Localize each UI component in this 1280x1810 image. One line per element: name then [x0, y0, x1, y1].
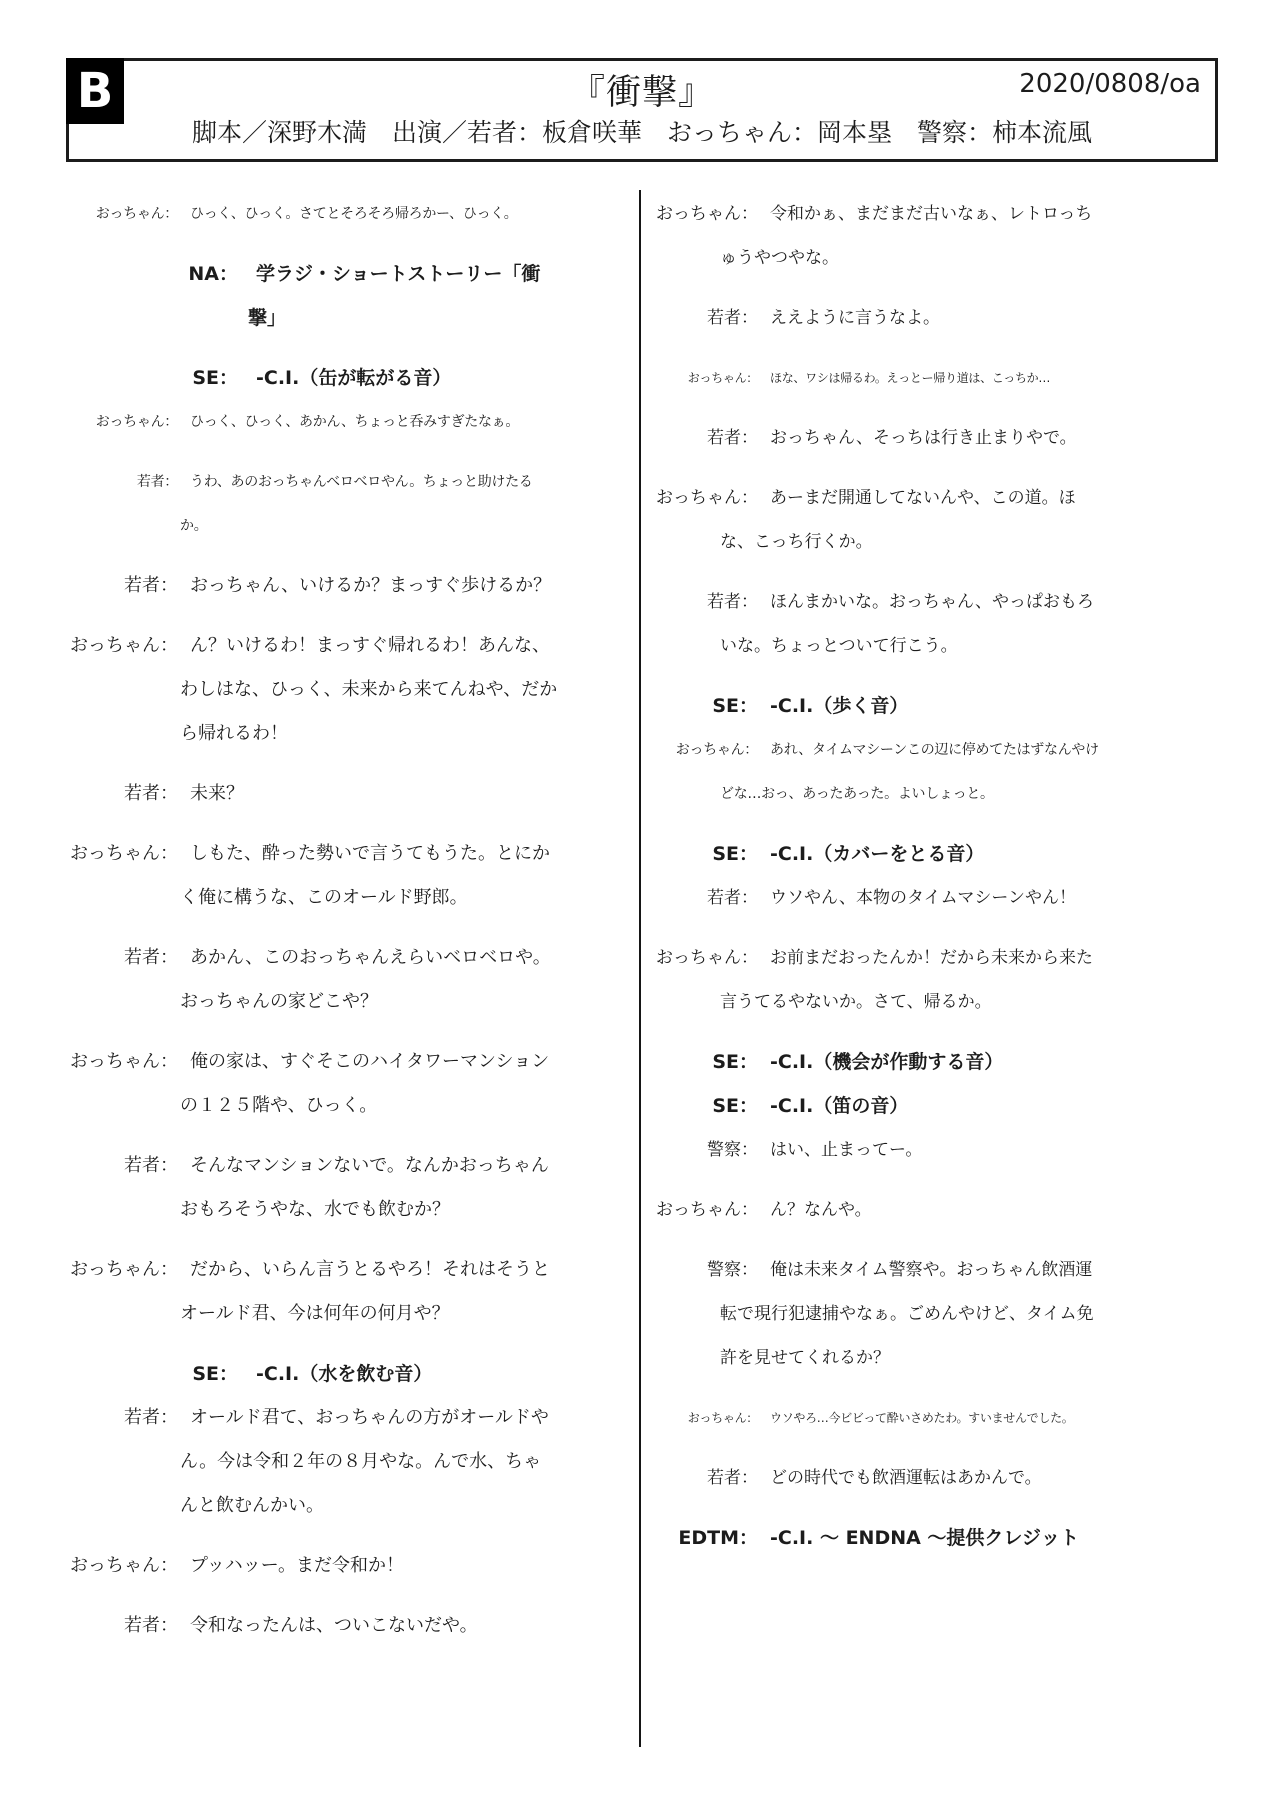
direction-row: NA：学ラジ・ショートストーリー「衝撃」 — [68, 252, 558, 340]
cue-text: ひっく、ひっく。さてとそろそろ帰ろかー、ひっく。 — [180, 192, 558, 236]
cue-text: -C.I.（笛の音） — [720, 1084, 1108, 1128]
dialogue-row: 若者：ほんまかいな。おっちゃん、やっぱおもろいな。ちょっとついて行こう。 — [648, 580, 1108, 668]
speaker-label: おっちゃん： — [68, 1040, 178, 1084]
direction-row: SE：-C.I.（カバーをとる音） — [648, 832, 1108, 876]
cue-text: 学ラジ・ショートストーリー「衝撃」 — [248, 252, 558, 340]
cue-text: はい、止まってー。 — [720, 1128, 1108, 1172]
dialogue-row: おっちゃん：しもた、酔った勢いで言うてもうた。とにかく俺に構うな、このオールド野… — [68, 832, 558, 920]
speaker-label: SE： — [648, 1040, 758, 1084]
direction-row: SE：-C.I.（機会が作動する音） — [648, 1040, 1108, 1084]
dialogue-row: 若者：未来？ — [68, 772, 558, 816]
speaker-label: EDTM： — [648, 1516, 758, 1560]
cue-text: あれ、タイムマシーンこの辺に停めてたはずなんやけどな…おっ、あったあった。よいし… — [720, 728, 1108, 816]
script-column-right: おっちゃん：令和かぁ、まだまだ古いなぁ、レトロっちゅうやつやな。若者：ええように… — [648, 176, 1108, 1560]
speaker-label: おっちゃん： — [648, 1188, 758, 1232]
speaker-label: 警察： — [648, 1248, 758, 1292]
cue-text: お前まだおったんか！だから未来から来た言うてるやないか。さて、帰るか。 — [720, 936, 1108, 1024]
cue-text: -C.I.（カバーをとる音） — [720, 832, 1108, 876]
credits-line: 脚本／深野木満 出演／若者：板倉咲華 おっちゃん：岡本塁 警察：柿本流風 — [69, 113, 1215, 149]
speaker-label: 若者： — [68, 564, 178, 608]
speaker-label: おっちゃん： — [648, 192, 758, 236]
cue-text: どの時代でも飲酒運転はあかんで。 — [720, 1456, 1108, 1500]
speaker-label: おっちゃん： — [68, 192, 178, 236]
direction-row: SE：-C.I.（笛の音） — [648, 1084, 1108, 1128]
dialogue-row: おっちゃん：俺の家は、すぐそこのハイタワーマンションの１２５階や、ひっく。 — [68, 1040, 558, 1128]
cue-text: そんなマンションないで。なんかおっちゃんおもろそうやな、水でも飲むか？ — [180, 1144, 558, 1232]
speaker-label: おっちゃん： — [648, 728, 758, 772]
dialogue-row: おっちゃん：あーまだ開通してないんや、この道。ほな、こっち行くか。 — [648, 476, 1108, 564]
dialogue-row: おっちゃん：だから、いらん言うとるやろ！それはそうとオールド君、今は何年の何月や… — [68, 1248, 558, 1336]
speaker-label: 若者： — [68, 460, 178, 504]
speaker-label: SE： — [648, 684, 758, 728]
speaker-label: SE： — [68, 1352, 238, 1396]
cue-text: しもた、酔った勢いで言うてもうた。とにかく俺に構うな、このオールド野郎。 — [180, 832, 558, 920]
direction-row: SE：-C.I.（水を飲む音） — [68, 1352, 558, 1396]
speaker-label: 若者： — [68, 1144, 178, 1188]
speaker-label: おっちゃん： — [648, 1396, 758, 1440]
dialogue-row: 若者：おっちゃん、いけるか？まっすぐ歩けるか？ — [68, 564, 558, 608]
speaker-label: おっちゃん： — [648, 936, 758, 980]
dialogue-row: 若者：ええように言うなよ。 — [648, 296, 1108, 340]
dialogue-row: おっちゃん：ウソやろ…今ビビって酔いさめたわ。すいませんでした。 — [648, 1396, 1108, 1440]
dialogue-row: 若者：うわ、あのおっちゃんベロベロやん。ちょっと助けたるか。 — [68, 460, 558, 548]
dialogue-row: 若者：どの時代でも飲酒運転はあかんで。 — [648, 1456, 1108, 1500]
speaker-label: SE： — [648, 832, 758, 876]
dialogue-row: おっちゃん：ひっく、ひっく、あかん、ちょっと呑みすぎたなぁ。 — [68, 400, 558, 444]
speaker-label: 若者： — [68, 1396, 178, 1440]
cue-text: 俺の家は、すぐそこのハイタワーマンションの１２５階や、ひっく。 — [180, 1040, 558, 1128]
cue-text: おっちゃん、いけるか？まっすぐ歩けるか？ — [180, 564, 558, 608]
speaker-label: おっちゃん： — [68, 1544, 178, 1588]
dialogue-row: おっちゃん：ん？いけるわ！まっすぐ帰れるわ！あんな、わしはな、ひっく、未来から来… — [68, 624, 558, 756]
speaker-label: 若者： — [648, 416, 758, 460]
dialogue-row: 若者：あかん、このおっちゃんえらいベロベロや。おっちゃんの家どこや？ — [68, 936, 558, 1024]
speaker-label: おっちゃん： — [68, 624, 178, 668]
cue-text: ウソやん、本物のタイムマシーンやん！ — [720, 876, 1108, 920]
cue-text: あかん、このおっちゃんえらいベロベロや。おっちゃんの家どこや？ — [180, 936, 558, 1024]
cue-text: -C.I.（機会が作動する音） — [720, 1040, 1108, 1084]
speaker-label: おっちゃん： — [68, 832, 178, 876]
dialogue-row: 警察：俺は未来タイム警察や。おっちゃん飲酒運転で現行犯逮捕やなぁ。ごめんやけど、… — [648, 1248, 1108, 1380]
dialogue-row: 警察：はい、止まってー。 — [648, 1128, 1108, 1172]
speaker-label: おっちゃん： — [648, 356, 758, 400]
cue-text: おっちゃん、そっちは行き止まりやで。 — [720, 416, 1108, 460]
header-box: B 『衝撃』 2020/0808/oa 脚本／深野木満 出演／若者：板倉咲華 お… — [66, 58, 1218, 162]
speaker-label: おっちゃん： — [648, 476, 758, 520]
cue-text: あーまだ開通してないんや、この道。ほな、こっち行くか。 — [720, 476, 1108, 564]
dialogue-row: おっちゃん：お前まだおったんか！だから未来から来た言うてるやないか。さて、帰るか… — [648, 936, 1108, 1024]
cue-text: 令和なったんは、ついこないだや。 — [180, 1604, 558, 1648]
speaker-label: SE： — [68, 356, 238, 400]
speaker-label: 警察： — [648, 1128, 758, 1172]
cue-text: だから、いらん言うとるやろ！それはそうとオールド君、今は何年の何月や？ — [180, 1248, 558, 1336]
cue-text: -C.I.（水を飲む音） — [248, 1352, 558, 1396]
direction-row: SE：-C.I.（缶が転がる音） — [68, 356, 558, 400]
cue-text: オールド君て、おっちゃんの方がオールドやん。今は令和２年の８月やな。んで水、ちゃ… — [180, 1396, 558, 1528]
cue-text: 俺は未来タイム警察や。おっちゃん飲酒運転で現行犯逮捕やなぁ。ごめんやけど、タイム… — [720, 1248, 1108, 1380]
dialogue-row: 若者：ウソやん、本物のタイムマシーンやん！ — [648, 876, 1108, 920]
dialogue-row: おっちゃん：プッハッー。まだ令和か！ — [68, 1544, 558, 1588]
dialogue-row: 若者：令和なったんは、ついこないだや。 — [68, 1604, 558, 1648]
dialogue-row: おっちゃん：ん？なんや。 — [648, 1188, 1108, 1232]
speaker-label: おっちゃん： — [68, 400, 178, 444]
speaker-label: 若者： — [68, 772, 178, 816]
dialogue-row: 若者：そんなマンションないで。なんかおっちゃんおもろそうやな、水でも飲むか？ — [68, 1144, 558, 1232]
dialogue-row: おっちゃん：あれ、タイムマシーンこの辺に停めてたはずなんやけどな…おっ、あったあ… — [648, 728, 1108, 816]
cue-text: プッハッー。まだ令和か！ — [180, 1544, 558, 1588]
cue-text: ほんまかいな。おっちゃん、やっぱおもろいな。ちょっとついて行こう。 — [720, 580, 1108, 668]
cue-text: ウソやろ…今ビビって酔いさめたわ。すいませんでした。 — [720, 1396, 1108, 1440]
cue-text: -C.I. ～ ENDNA ～提供クレジット — [720, 1516, 1108, 1560]
dialogue-row: おっちゃん：令和かぁ、まだまだ古いなぁ、レトロっちゅうやつやな。 — [648, 192, 1108, 280]
speaker-label: 若者： — [68, 1604, 178, 1648]
script-column-left: おっちゃん：ひっく、ひっく。さてとそろそろ帰ろかー、ひっく。NA：学ラジ・ショー… — [68, 176, 558, 1648]
speaker-label: SE： — [648, 1084, 758, 1128]
direction-row: SE：-C.I.（歩く音） — [648, 684, 1108, 728]
cue-text: ん？なんや。 — [720, 1188, 1108, 1232]
dialogue-row: おっちゃん：ほな、ワシは帰るわ。えっとー帰り道は、こっちか… — [648, 356, 1108, 400]
speaker-label: 若者： — [648, 580, 758, 624]
cue-text: ええように言うなよ。 — [720, 296, 1108, 340]
speaker-label: 若者： — [648, 296, 758, 340]
speaker-label: 若者： — [648, 876, 758, 920]
cue-text: 未来？ — [180, 772, 558, 816]
cue-text: 令和かぁ、まだまだ古いなぁ、レトロっちゅうやつやな。 — [720, 192, 1108, 280]
dialogue-row: 若者：オールド君て、おっちゃんの方がオールドやん。今は令和２年の８月やな。んで水… — [68, 1396, 558, 1528]
cue-text: -C.I.（缶が転がる音） — [248, 356, 558, 400]
direction-row: EDTM：-C.I. ～ ENDNA ～提供クレジット — [648, 1516, 1108, 1560]
dialogue-row: 若者：おっちゃん、そっちは行き止まりやで。 — [648, 416, 1108, 460]
speaker-label: 若者： — [648, 1456, 758, 1500]
speaker-label: 若者： — [68, 936, 178, 980]
cue-text: ほな、ワシは帰るわ。えっとー帰り道は、こっちか… — [720, 356, 1108, 400]
dialogue-row: おっちゃん：ひっく、ひっく。さてとそろそろ帰ろかー、ひっく。 — [68, 192, 558, 236]
column-divider — [639, 190, 641, 1747]
cue-text: ひっく、ひっく、あかん、ちょっと呑みすぎたなぁ。 — [180, 400, 558, 444]
cue-text: -C.I.（歩く音） — [720, 684, 1108, 728]
cue-text: うわ、あのおっちゃんベロベロやん。ちょっと助けたるか。 — [180, 460, 558, 548]
cue-text: ん？いけるわ！まっすぐ帰れるわ！あんな、わしはな、ひっく、未来から来てんねや、だ… — [180, 624, 558, 756]
broadcast-date: 2020/0808/oa — [1019, 69, 1201, 99]
speaker-label: NA： — [68, 252, 238, 296]
speaker-label: おっちゃん： — [68, 1248, 178, 1292]
